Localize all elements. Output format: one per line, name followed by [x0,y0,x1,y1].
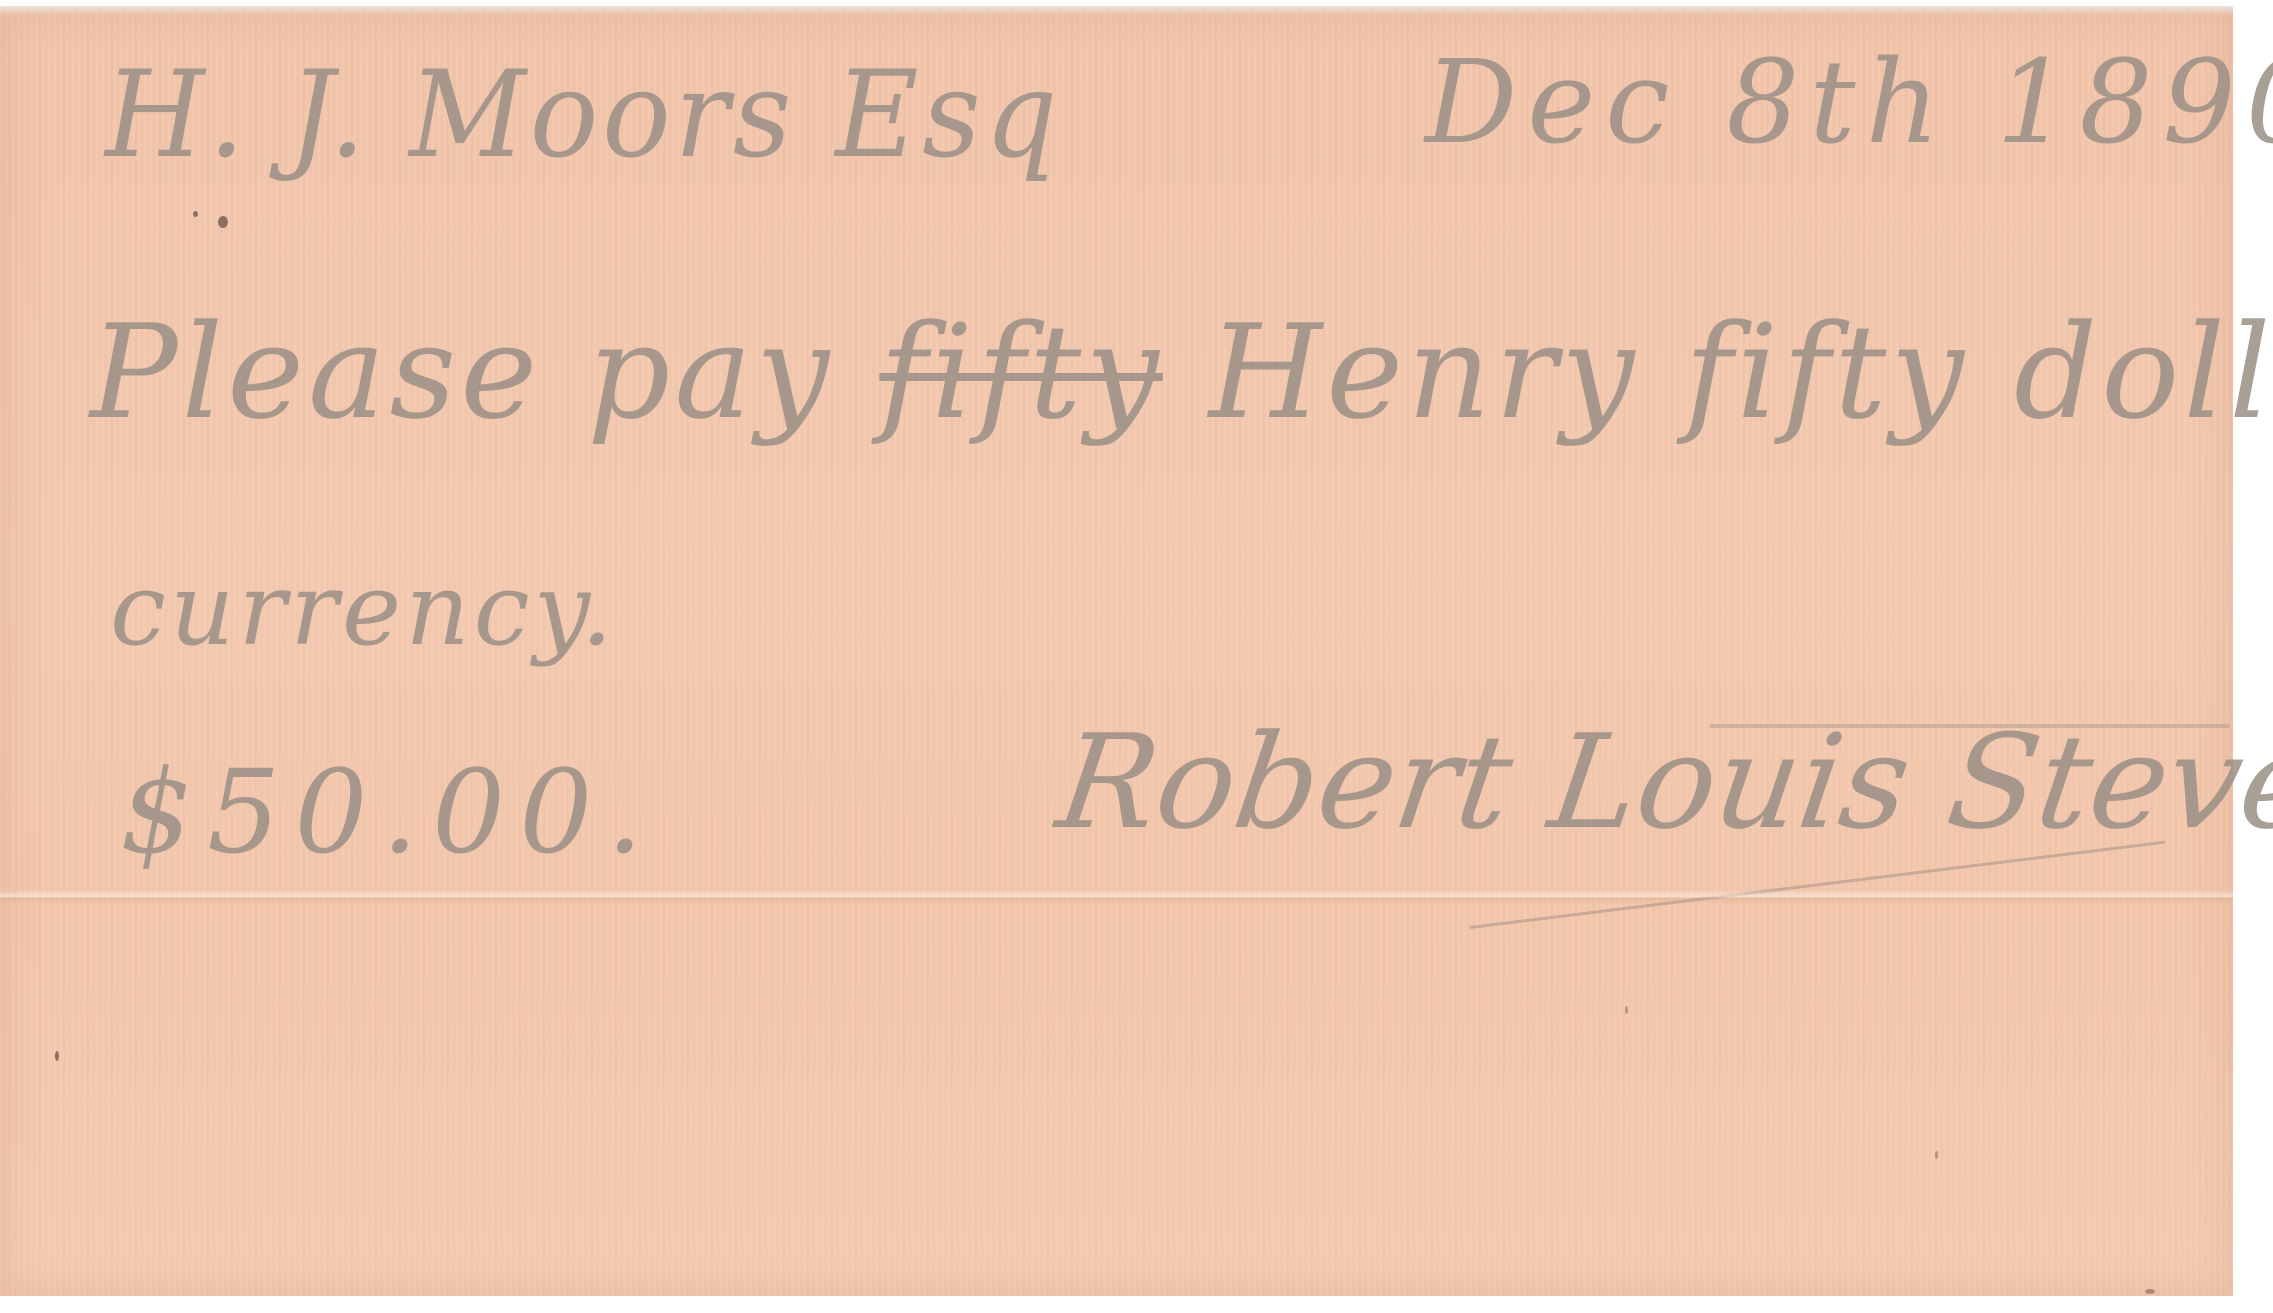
word-please: Please [90,296,541,448]
paper-speck [193,211,198,217]
addressee: H. J. Moors Esq [105,46,1061,185]
paper-speck [1625,1006,1628,1014]
word-pay: pay [587,296,833,448]
paper-top-edge [0,6,2233,16]
word-payee: Henry [1209,296,1639,448]
fold-crease [0,890,2233,904]
word-amount-text: fifty [1684,296,1968,448]
paper-speck [55,1051,59,1061]
signature: Robert Louis Stevenson [1049,706,2273,858]
paper-speck [2145,1289,2155,1294]
date: Dec 8th 1890 [1425,36,2273,170]
body-line-2: currency. [110,551,617,668]
document-paper: H. J. Moors Esq Dec 8th 1890 Please pay … [0,6,2233,1296]
paper-speck [1935,1151,1938,1159]
paper-speck [218,216,228,228]
body-line-1: Please pay fifty Henry fifty dollars [90,296,2273,448]
struck-word: fifty [879,296,1163,448]
word-dollars: dollars [2014,296,2273,448]
amount: $50.00. [120,746,657,880]
